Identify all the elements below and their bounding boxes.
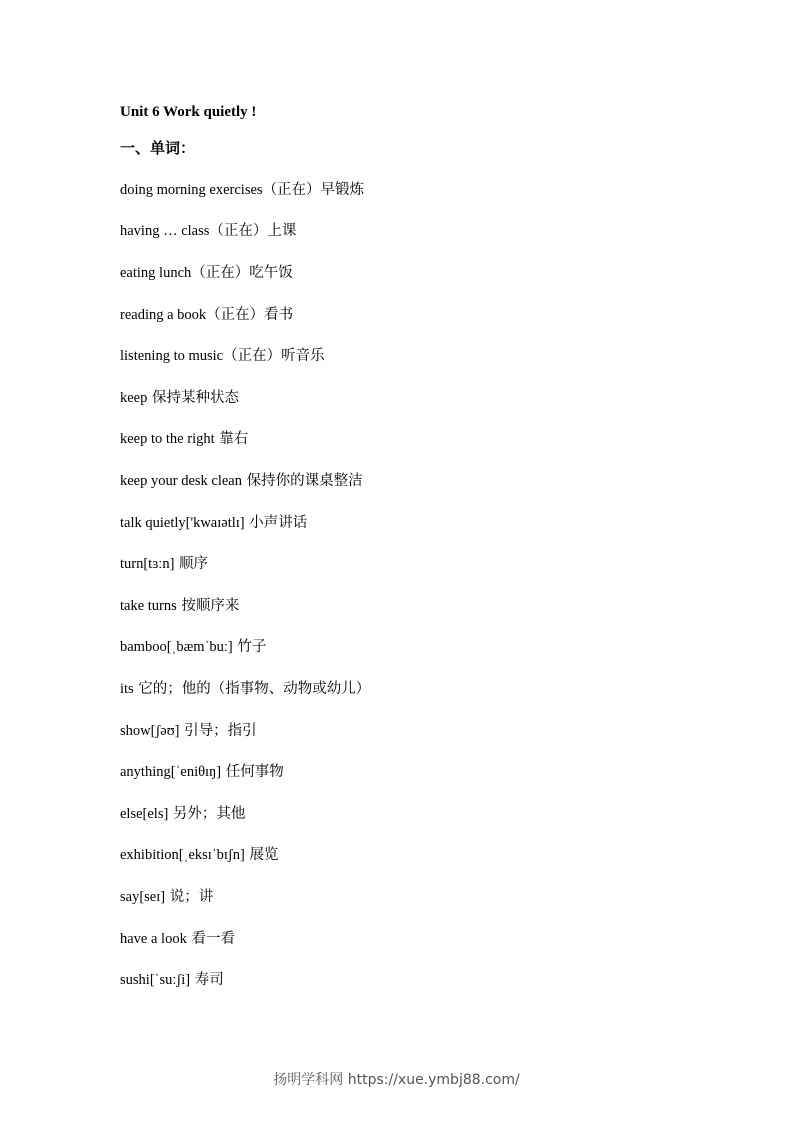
- vocab-entry: keep to the right 靠右: [120, 429, 248, 449]
- vocab-english: show[ʃəʊ]: [120, 723, 180, 739]
- vocab-english: listening to music: [120, 348, 223, 364]
- vocab-entry: exhibition[ˌeksɪˈbɪʃn] 展览: [120, 845, 278, 865]
- vocab-entry: doing morning exercises（正在）早锻炼: [120, 180, 364, 200]
- vocab-entry: show[ʃəʊ] 引导；指引: [120, 721, 257, 741]
- vocab-english: keep to the right: [120, 431, 215, 447]
- vocab-english: have a look: [120, 931, 187, 947]
- vocab-english: bamboo[ˌbæmˈbuː]: [120, 639, 233, 655]
- vocab-english: keep: [120, 390, 147, 406]
- vocab-entry: sushi[ˈsuːʃi] 寿司: [120, 970, 224, 990]
- vocab-english: turn[tɜːn]: [120, 556, 174, 572]
- vocab-english: keep your desk clean: [120, 473, 242, 489]
- vocab-entry: else[els] 另外；其他: [120, 804, 245, 824]
- vocab-chinese: 竹子: [233, 639, 267, 655]
- vocab-chinese: 引导；指引: [180, 723, 257, 739]
- vocab-english: say[seɪ]: [120, 889, 165, 905]
- vocab-english: talk quietly['kwaɪətlɪ]: [120, 515, 245, 531]
- vocab-entry: eating lunch（正在）吃午饭: [120, 263, 293, 283]
- vocab-chinese: 顺序: [174, 556, 208, 572]
- vocab-english: anything[ˈeniθɪŋ]: [120, 764, 221, 780]
- vocab-chinese: 保持你的课桌整洁: [242, 473, 363, 489]
- vocab-english: having … class: [120, 223, 209, 239]
- vocab-entry: reading a book（正在）看书: [120, 305, 293, 325]
- vocab-chinese: 按顺序来: [177, 598, 240, 614]
- vocab-entry: take turns 按顺序来: [120, 596, 239, 616]
- vocab-english: else[els]: [120, 806, 168, 822]
- vocab-entry: keep 保持某种状态: [120, 388, 239, 408]
- footer-watermark: 扬明学科网 https://xue.ymbj88.com/: [0, 1069, 793, 1089]
- vocab-entry: listening to music（正在）听音乐: [120, 346, 325, 366]
- vocab-chinese: 靠右: [215, 431, 249, 447]
- vocab-entry: bamboo[ˌbæmˈbuː] 竹子: [120, 637, 266, 657]
- vocab-chinese: 保持某种状态: [147, 390, 239, 406]
- vocab-entry: keep your desk clean 保持你的课桌整洁: [120, 471, 363, 491]
- vocab-chinese: （正在）早锻炼: [263, 182, 365, 198]
- vocab-english: take turns: [120, 598, 177, 614]
- vocab-chinese: （正在）吃午饭: [191, 265, 293, 281]
- vocab-chinese: 它的；他的（指事物、动物或幼儿）: [134, 681, 371, 697]
- vocab-chinese: 另外；其他: [168, 806, 245, 822]
- vocab-entry: have a look 看一看: [120, 929, 235, 949]
- vocab-chinese: 寿司: [190, 972, 224, 988]
- vocab-chinese: 看一看: [187, 931, 235, 947]
- vocab-entry: anything[ˈeniθɪŋ] 任何事物: [120, 762, 284, 782]
- vocab-entry: talk quietly['kwaɪətlɪ] 小声讲话: [120, 513, 307, 533]
- document-page: Unit 6 Work quietly ! 一、单词： doing mornin…: [0, 0, 793, 1122]
- vocab-chinese: （正在）看书: [206, 307, 293, 323]
- section-heading-vocabulary: 一、单词：: [120, 138, 195, 158]
- vocab-entry: having … class（正在）上课: [120, 221, 296, 241]
- vocab-chinese: （正在）听音乐: [223, 348, 325, 364]
- vocab-chinese: 任何事物: [221, 764, 284, 780]
- vocab-english: exhibition[ˌeksɪˈbɪʃn]: [120, 847, 245, 863]
- vocab-english: doing morning exercises: [120, 182, 263, 198]
- vocab-entry: say[seɪ] 说；讲: [120, 887, 213, 907]
- vocab-english: reading a book: [120, 307, 206, 323]
- vocab-entry: its 它的；他的（指事物、动物或幼儿）: [120, 679, 370, 699]
- vocab-chinese: 说；讲: [165, 889, 213, 905]
- vocab-chinese: 展览: [245, 847, 279, 863]
- unit-title: Unit 6 Work quietly !: [120, 103, 256, 121]
- vocab-entry: turn[tɜːn] 顺序: [120, 554, 208, 574]
- vocab-english: eating lunch: [120, 265, 191, 281]
- vocab-chinese: 小声讲话: [245, 515, 308, 531]
- vocab-chinese: （正在）上课: [209, 223, 296, 239]
- vocab-english: its: [120, 681, 134, 697]
- vocab-english: sushi[ˈsuːʃi]: [120, 972, 190, 988]
